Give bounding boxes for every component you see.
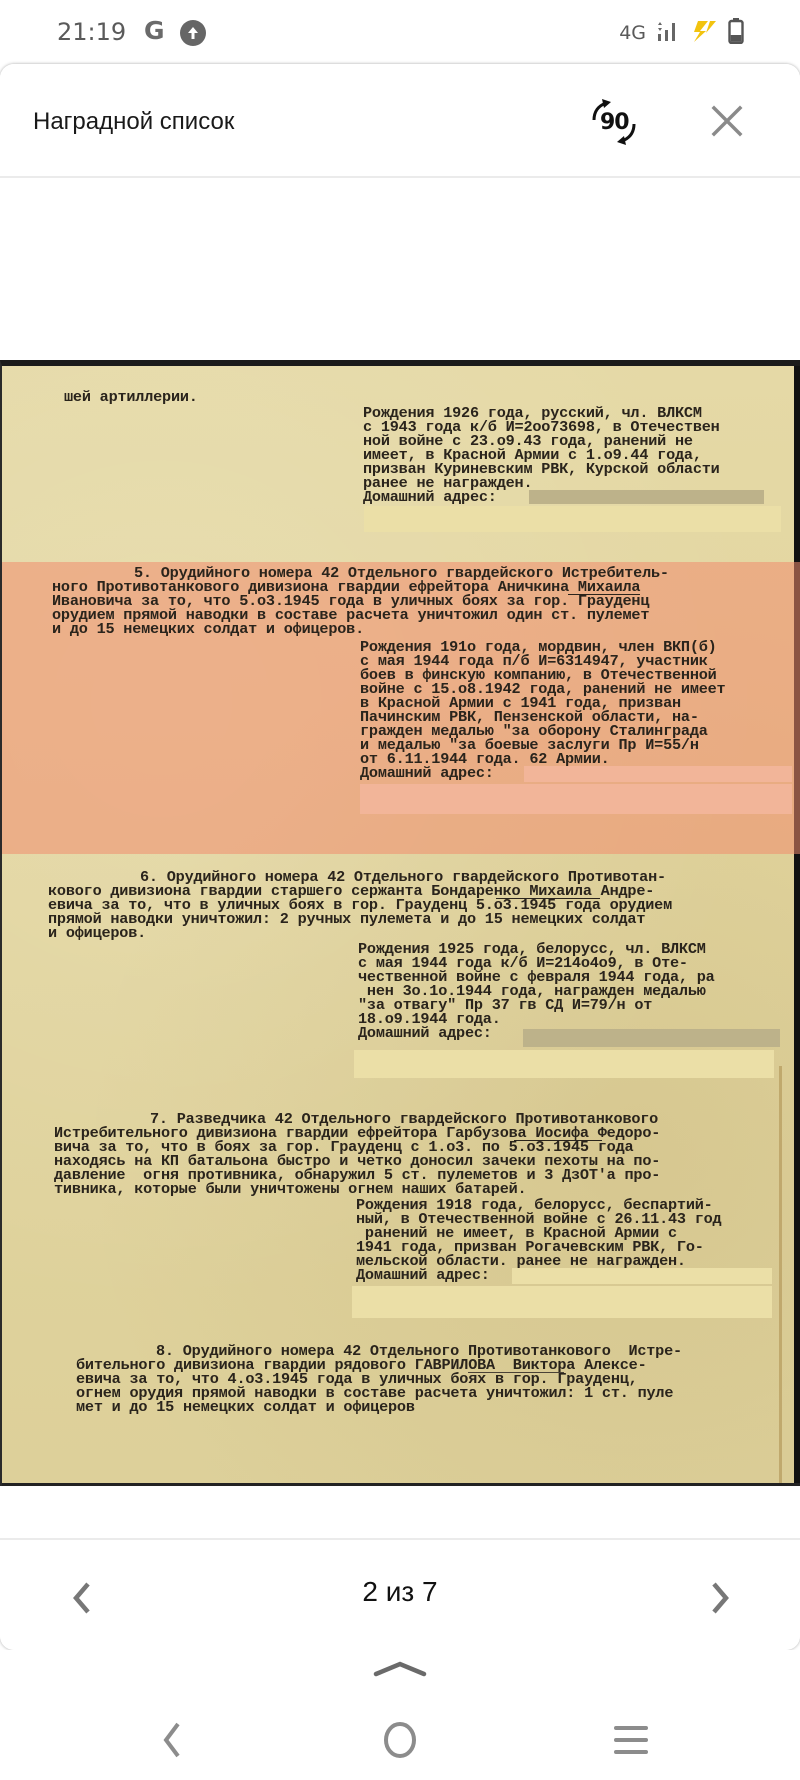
close-button[interactable] <box>706 100 748 142</box>
redacted-address <box>523 1029 780 1047</box>
bio-line: Домашний адрес: <box>360 766 494 781</box>
scan-edge <box>794 366 800 1486</box>
battery-icon <box>728 18 744 49</box>
chevron-right-icon <box>706 1578 736 1618</box>
redacted-address <box>360 784 792 814</box>
scan-fold <box>779 1066 782 1486</box>
home-icon <box>382 1720 418 1760</box>
rotate-label: 90 <box>600 110 629 135</box>
system-recents-button[interactable] <box>612 1722 650 1763</box>
status-indicators: 4G <box>619 20 744 46</box>
document-image-area[interactable]: шей артиллерии. Рождения 1926 года, русс… <box>0 180 800 1604</box>
citation-line: мет и до 15 немецких солдат и офицеров <box>76 1400 415 1415</box>
scan-edge-bottom <box>2 1483 800 1486</box>
citation-line: и до 15 немецких солдат и офицеров. <box>52 622 364 637</box>
redacted-address <box>354 1050 774 1078</box>
system-home-button[interactable] <box>382 1720 418 1765</box>
close-icon <box>706 100 748 142</box>
charging-bolt-icon <box>690 19 718 48</box>
upload-icon <box>180 20 206 46</box>
redacted-address <box>524 766 792 782</box>
google-g-icon: G <box>144 16 165 45</box>
page-indicator: 2 из 7 <box>0 1576 800 1608</box>
bio-line: Домашний адрес: <box>358 1026 492 1041</box>
redacted-address <box>352 1286 772 1318</box>
viewer-header: Наградной список 90 <box>0 64 800 178</box>
next-page-button[interactable] <box>706 1578 736 1618</box>
viewer-title: Наградной список <box>33 108 234 136</box>
intro-line: шей артиллерии. <box>64 390 198 405</box>
status-bar: 21:19 G 4G <box>0 0 800 64</box>
system-back-button[interactable] <box>156 1720 186 1765</box>
scanned-document: шей артиллерии. Рождения 1926 года, русс… <box>0 360 800 1486</box>
signal-icon <box>656 19 680 48</box>
surname-underline <box>496 898 600 899</box>
citation-line: тивника, которые были уничтожены огнем н… <box>54 1182 526 1197</box>
system-navigation-bar <box>0 1650 800 1780</box>
app-drawer-handle[interactable] <box>372 1658 428 1683</box>
redacted-address <box>364 506 781 532</box>
bio-line: Домашний адрес: <box>356 1268 490 1283</box>
network-type: 4G <box>619 22 646 44</box>
recents-icon <box>612 1722 650 1758</box>
surname-underline <box>514 1140 602 1141</box>
surname-underline <box>468 1372 564 1373</box>
redacted-address <box>529 490 764 504</box>
rotate-button[interactable]: 90 <box>584 92 644 152</box>
document-viewer: Наградной список 90 шей артиллерии. <box>0 64 800 1650</box>
pager: 2 из 7 <box>0 1538 800 1650</box>
chevron-up-icon <box>372 1658 428 1678</box>
surname-underline <box>568 594 640 595</box>
back-icon <box>156 1720 186 1760</box>
redacted-address <box>512 1268 772 1284</box>
bio-line: Домашний адрес: <box>363 490 497 505</box>
citation-line: и офицеров. <box>48 926 146 941</box>
status-time: 21:19 <box>57 18 126 46</box>
